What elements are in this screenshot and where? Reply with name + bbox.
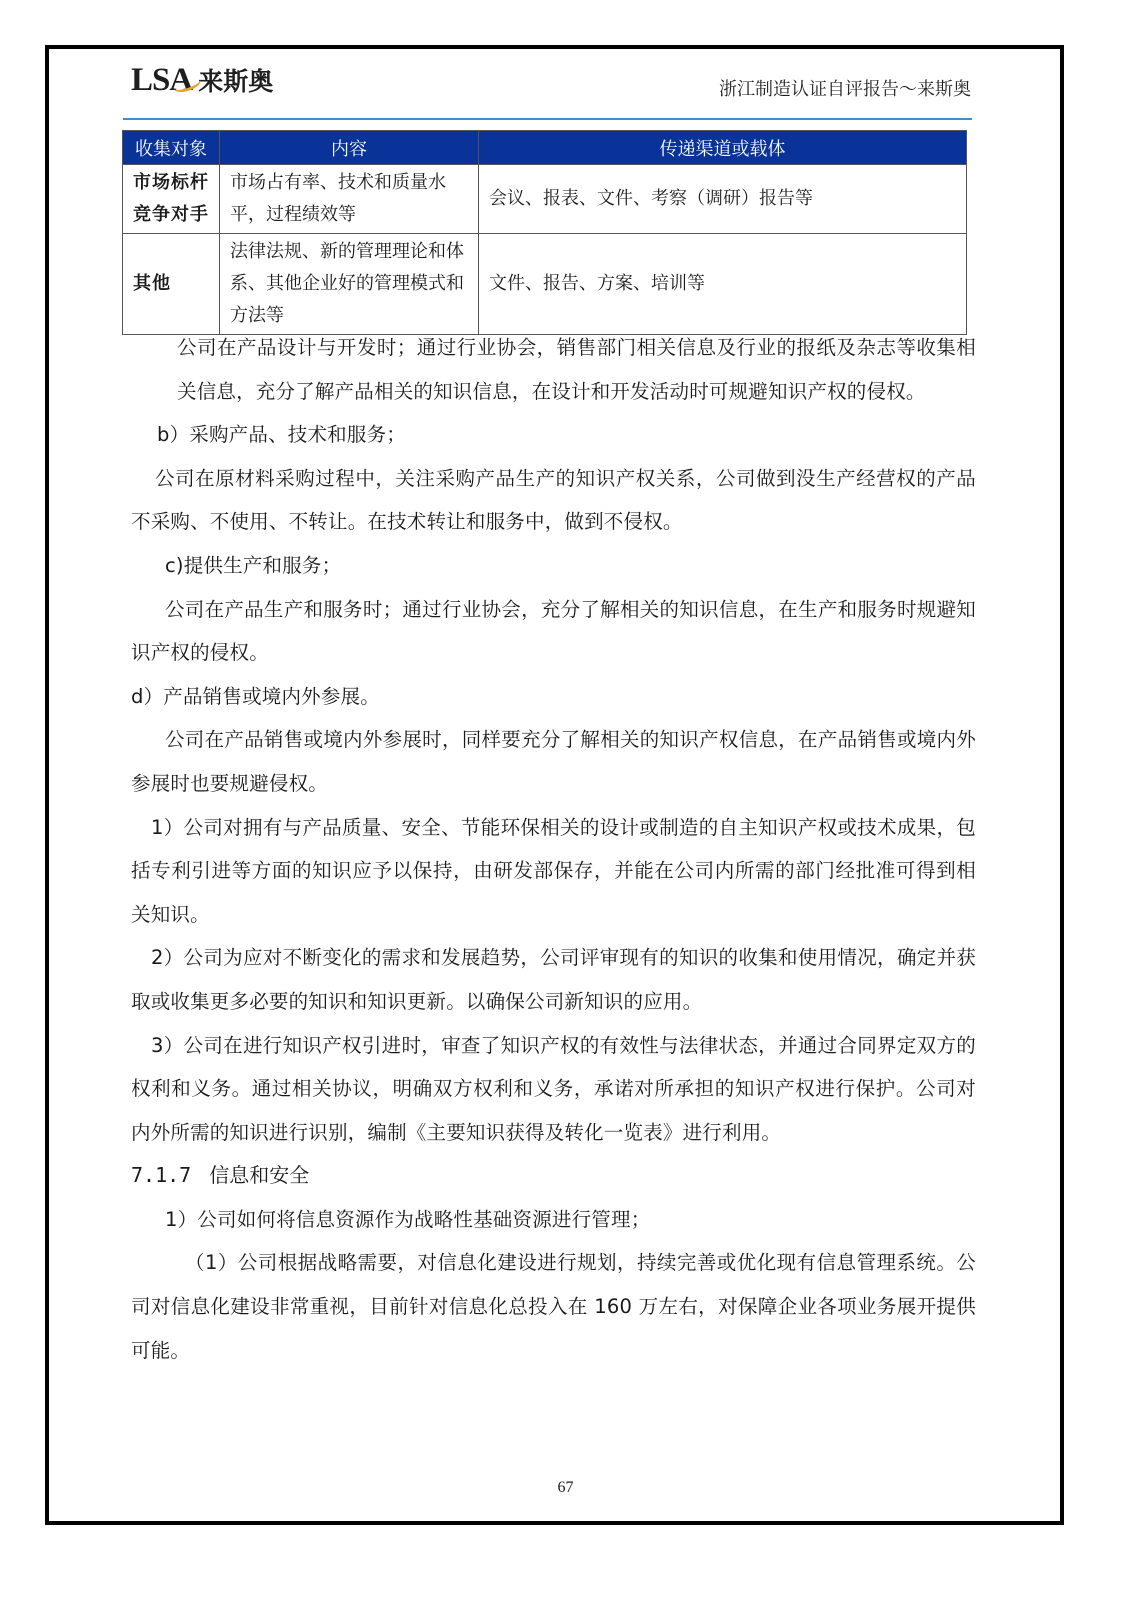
- item-b-procurement: b）采购产品、技术和服务；: [131, 413, 976, 457]
- cell-channel: 文件、报告、方案、培训等: [479, 234, 967, 335]
- paragraph-info-management: 1）公司如何将信息资源作为战略性基础资源进行管理；: [131, 1198, 976, 1242]
- paragraph-production: 公司在产品生产和服务时；通过行业协会，充分了解相关的知识信息，在生产和服务时规避…: [131, 588, 976, 675]
- cell-target: 市场标杆竞争对手: [123, 165, 220, 234]
- cell-channel: 会议、报表、文件、考察（调研）报告等: [479, 165, 967, 234]
- item-c-production: c)提供生产和服务；: [131, 544, 976, 588]
- section-title: 信息和安全: [209, 1163, 309, 1187]
- paragraph-point-3: 3）公司在进行知识产权引进时，审查了知识产权的有效性与法律状态，并通过合同界定双…: [131, 1024, 976, 1155]
- table-row: 其他 法律法规、新的管理理论和体系、其他企业好的管理模式和方法等 文件、报告、方…: [123, 234, 967, 335]
- table-row: 市场标杆竞争对手 市场占有率、技术和质量水平，过程绩效等 会议、报表、文件、考察…: [123, 165, 967, 234]
- column-header-target: 收集对象: [123, 131, 220, 165]
- header-divider: [123, 118, 972, 120]
- column-header-channel: 传递渠道或载体: [479, 131, 967, 165]
- section-number: 7.1.7: [131, 1163, 191, 1187]
- section-heading: 7.1.7信息和安全: [131, 1154, 976, 1198]
- body-content: 公司在产品设计与开发时；通过行业协会，销售部门相关信息及行业的报纸及杂志等收集相…: [131, 326, 976, 1372]
- paragraph-design-development: 公司在产品设计与开发时；通过行业协会，销售部门相关信息及行业的报纸及杂志等收集相…: [131, 326, 976, 413]
- column-header-content: 内容: [220, 131, 479, 165]
- paragraph-point-1: 1）公司对拥有与产品质量、安全、节能环保相关的设计或制造的自主知识产权或技术成果…: [131, 806, 976, 937]
- paragraph-sales: 公司在产品销售或境内外参展时，同样要充分了解相关的知识产权信息，在产品销售或境内…: [131, 718, 976, 805]
- paragraph-point-2: 2）公司为应对不断变化的需求和发展趋势，公司评审现有的知识的收集和使用情况，确定…: [131, 936, 976, 1023]
- page-number: 67: [0, 1479, 1131, 1497]
- cell-target: 其他: [123, 234, 220, 335]
- knowledge-collection-table: 收集对象 内容 传递渠道或载体 市场标杆竞争对手 市场占有率、技术和质量水平，过…: [122, 130, 967, 335]
- cell-content: 市场占有率、技术和质量水平，过程绩效等: [220, 165, 479, 234]
- paragraph-info-planning: （1）公司根据战略需要，对信息化建设进行规划，持续完善或优化现有信息管理系统。公…: [131, 1241, 976, 1372]
- report-title: 浙江制造认证自评报告～来斯奥: [719, 75, 971, 101]
- paragraph-procurement: 公司在原材料采购过程中，关注采购产品生产的知识产权关系，公司做到没生产经营权的产…: [131, 457, 976, 544]
- company-logo: LSA 来斯奥: [131, 62, 273, 98]
- logo-cn-text: 来斯奥: [198, 62, 273, 98]
- cell-content: 法律法规、新的管理理论和体系、其他企业好的管理模式和方法等: [220, 234, 479, 335]
- item-d-sales: d）产品销售或境内外参展。: [131, 675, 976, 719]
- table-header-row: 收集对象 内容 传递渠道或载体: [123, 131, 967, 165]
